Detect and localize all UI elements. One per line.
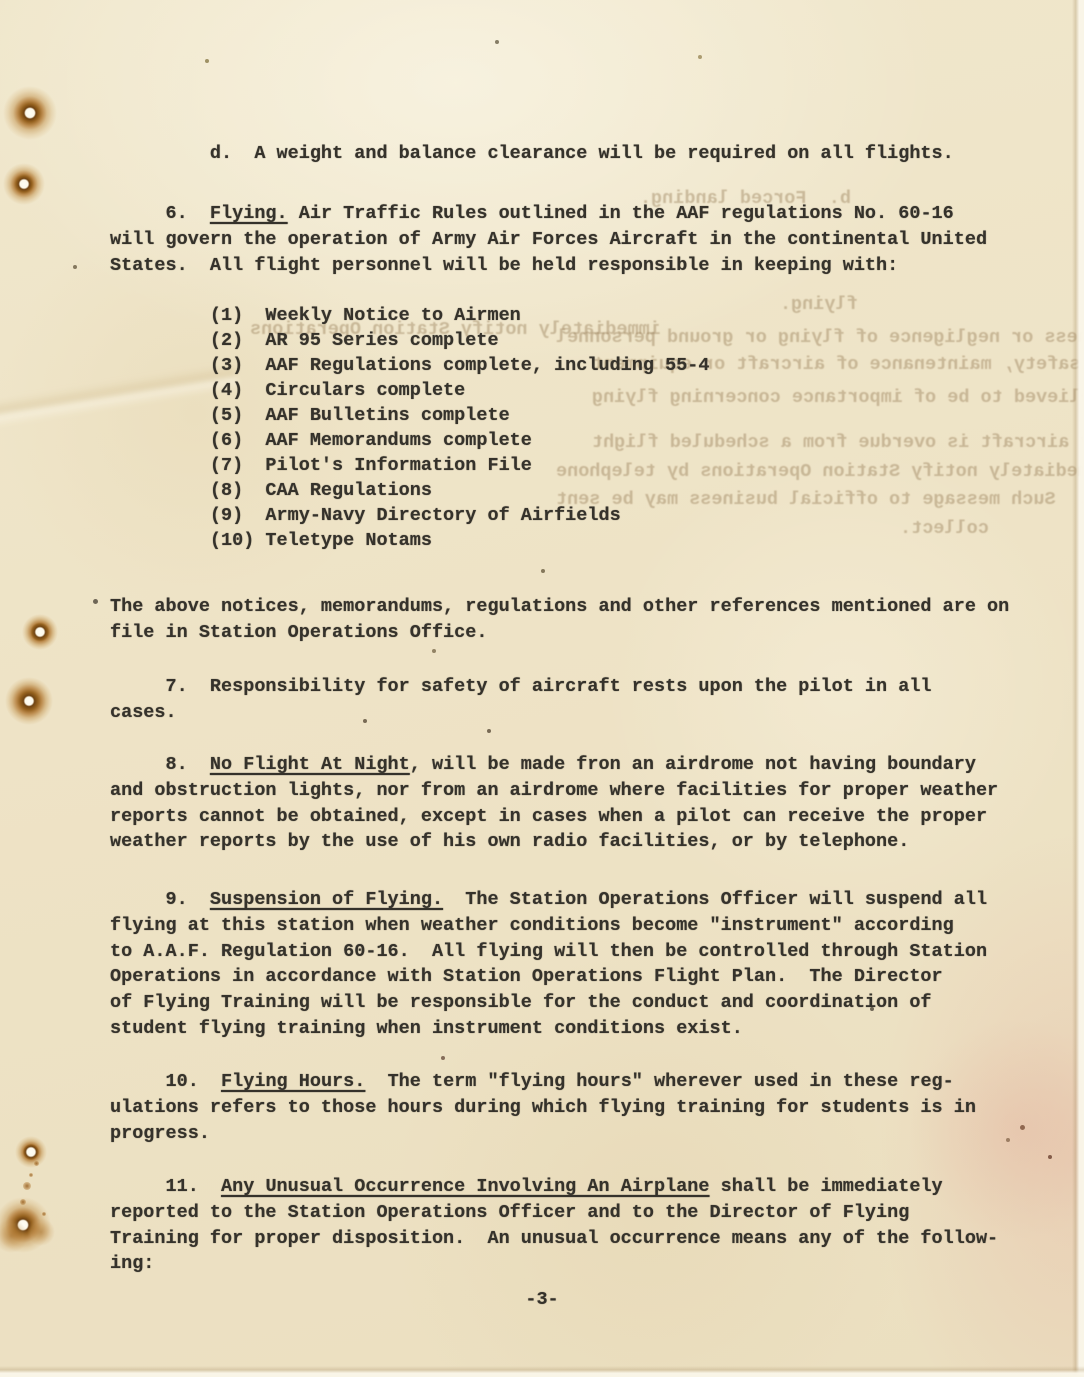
rust-speckle xyxy=(23,1182,31,1190)
text-run: The Station Operations Officer will susp… xyxy=(443,889,987,910)
underlined-text-run: Suspension of Flying. xyxy=(210,889,443,910)
text-run: reported to the Station Operations Offic… xyxy=(110,1202,909,1223)
text-line: (8) CAA Regulations xyxy=(110,478,710,503)
text-line: cases. xyxy=(110,700,932,726)
text-run: Air Traffic Rules outlined in the AAF re… xyxy=(288,203,954,224)
text-run: (3) AAF Regulations complete, including … xyxy=(110,355,710,376)
text-line: weather reports by the use of his own ra… xyxy=(110,829,998,855)
text-line: 11. Any Unusual Occurrence Involving An … xyxy=(110,1174,998,1200)
text-run: 10. xyxy=(110,1071,221,1092)
paper-right-edge xyxy=(1072,0,1084,1377)
underlined-text-run: No Flight At Night xyxy=(210,754,410,775)
text-run: to A.A.F. Regulation 60-16. All flying w… xyxy=(110,941,987,962)
text-run: States. All flight personnel will be hel… xyxy=(110,255,898,276)
text-line: 7. Responsibility for safety of aircraft… xyxy=(110,674,932,700)
text-line: will govern the operation of Army Air Fo… xyxy=(110,227,987,253)
paper-speck xyxy=(205,59,209,63)
rust-speckle xyxy=(20,1199,26,1205)
text-line: The above notices, memorandums, regulati… xyxy=(110,594,1009,620)
text-run: The term "flying hours" wherever used in… xyxy=(365,1071,953,1092)
paper-speck xyxy=(363,719,367,723)
text-line: (6) AAF Memorandums complete xyxy=(110,428,710,453)
binder-hole-rust-stain xyxy=(22,614,58,650)
rust-speckle xyxy=(29,1173,33,1177)
text-line: student flying training when instrument … xyxy=(110,1016,987,1042)
paragraph-item-9-suspension-of-flying: 9. Suspension of Flying. The Station Ope… xyxy=(110,887,987,1042)
text-line: and obstruction lights, nor from an aird… xyxy=(110,778,998,804)
underlined-text-run: Any Unusual Occurrence Involving An Airp… xyxy=(221,1176,709,1197)
text-run: Operations in accordance with Station Op… xyxy=(110,966,943,987)
page-number: -3- xyxy=(0,1287,1084,1313)
text-line: reported to the Station Operations Offic… xyxy=(110,1200,998,1226)
paragraph-item-8-no-flight-at-night: 8. No Flight At Night, will be made fron… xyxy=(110,752,998,855)
text-run: The above notices, memorandums, regulati… xyxy=(110,596,1009,617)
text-line: to A.A.F. Regulation 60-16. All flying w… xyxy=(110,939,987,965)
rust-speckle xyxy=(42,1212,46,1216)
text-run: weather reports by the use of his own ra… xyxy=(110,831,909,852)
text-run: (8) CAA Regulations xyxy=(110,480,432,501)
paragraph-item-10-flying-hours: 10. Flying Hours. The term "flying hours… xyxy=(110,1069,976,1146)
text-line: (1) Weekly Notice to Airmen xyxy=(110,303,710,328)
text-run: (6) AAF Memorandums complete xyxy=(110,430,532,451)
text-line: (10) Teletype Notams xyxy=(110,528,710,553)
paper-speck xyxy=(1048,1155,1052,1159)
scanned-document-page: b. Forced landing.flying.immediately not… xyxy=(0,0,1084,1377)
text-run: Training for proper disposition. An unus… xyxy=(110,1228,998,1249)
text-run: 11. xyxy=(110,1176,221,1197)
text-run: (1) Weekly Notice to Airmen xyxy=(110,305,521,326)
text-run: cases. xyxy=(110,702,177,723)
text-run: ing: xyxy=(110,1253,154,1274)
text-line: (2) AR 95 Series complete xyxy=(110,328,710,353)
text-run: flying at this station when weather cond… xyxy=(110,915,954,936)
text-run: 6. xyxy=(110,203,210,224)
paper-speck xyxy=(495,40,499,44)
text-line: 10. Flying Hours. The term "flying hours… xyxy=(110,1069,976,1095)
text-run: (4) Circulars complete xyxy=(110,380,465,401)
text-run: (7) Pilot's Information File xyxy=(110,455,532,476)
paper-speck xyxy=(93,599,98,604)
paper-bottom-edge xyxy=(0,1366,1084,1377)
paper-speck xyxy=(870,1007,874,1011)
text-run: progress. xyxy=(110,1123,210,1144)
paper-speck xyxy=(487,729,491,733)
paper-speck xyxy=(541,569,545,573)
paper-speck xyxy=(1006,1138,1010,1142)
text-run: (2) AR 95 Series complete xyxy=(110,330,499,351)
binder-hole-rust-stain xyxy=(3,163,45,205)
text-run: (9) Army-Navy Directory of Airfields xyxy=(110,505,621,526)
text-run: will govern the operation of Army Air Fo… xyxy=(110,229,987,250)
underlined-text-run: Flying. xyxy=(210,203,288,224)
rust-speckle xyxy=(34,1161,39,1166)
text-line: reports cannot be obtained, except in ca… xyxy=(110,804,998,830)
paper-speck xyxy=(1020,1125,1025,1130)
underlined-text-run: Flying Hours. xyxy=(221,1071,365,1092)
paragraph-item-11-unusual-occurrence: 11. Any Unusual Occurrence Involving An … xyxy=(110,1174,998,1277)
text-run: (5) AAF Bulletins complete xyxy=(110,405,510,426)
text-run: d. A weight and balance clearance will b… xyxy=(110,143,954,164)
text-run: (10) Teletype Notams xyxy=(110,530,432,551)
text-run: 7. Responsibility for safety of aircraft… xyxy=(110,676,932,697)
paragraph-item-6-flying: 6. Flying. Air Traffic Rules outlined in… xyxy=(110,201,987,278)
text-line: 6. Flying. Air Traffic Rules outlined in… xyxy=(110,201,987,227)
text-line: ing: xyxy=(110,1251,998,1277)
text-line: Training for proper disposition. An unus… xyxy=(110,1226,998,1252)
paper-speck xyxy=(432,649,436,653)
text-line: progress. xyxy=(110,1121,976,1147)
text-line: of Flying Training will be responsible f… xyxy=(110,990,987,1016)
paper-speck xyxy=(441,1056,445,1060)
text-line: 9. Suspension of Flying. The Station Ope… xyxy=(110,887,987,913)
text-line: (9) Army-Navy Directory of Airfields xyxy=(110,503,710,528)
text-line: (5) AAF Bulletins complete xyxy=(110,403,710,428)
binder-hole-rust-stain xyxy=(3,86,57,140)
paragraph-reference-list: (1) Weekly Notice to Airmen (2) AR 95 Se… xyxy=(110,303,710,553)
text-line: (7) Pilot's Information File xyxy=(110,453,710,478)
text-line: file in Station Operations Office. xyxy=(110,620,1009,646)
text-line: (4) Circulars complete xyxy=(110,378,710,403)
text-run: shall be immediately xyxy=(710,1176,943,1197)
text-run: 9. xyxy=(110,889,210,910)
text-line: Operations in accordance with Station Op… xyxy=(110,964,987,990)
paragraph-notices-on-file: The above notices, memorandums, regulati… xyxy=(110,594,1009,646)
text-run: ulations refers to those hours during wh… xyxy=(110,1097,976,1118)
text-line: States. All flight personnel will be hel… xyxy=(110,253,987,279)
paragraph-item-7-responsibility: 7. Responsibility for safety of aircraft… xyxy=(110,674,932,726)
binder-hole-rust-stain xyxy=(15,1136,47,1168)
text-run: of Flying Training will be responsible f… xyxy=(110,992,932,1013)
text-run: 8. xyxy=(110,754,210,775)
typewritten-text-layer: d. A weight and balance clearance will b… xyxy=(0,0,1084,1377)
text-line: ulations refers to those hours during wh… xyxy=(110,1095,976,1121)
paper-speck xyxy=(73,265,77,269)
text-line: flying at this station when weather cond… xyxy=(110,913,987,939)
text-line: 8. No Flight At Night, will be made fron… xyxy=(110,752,998,778)
text-line: d. A weight and balance clearance will b… xyxy=(110,141,954,167)
text-run: and obstruction lights, nor from an aird… xyxy=(110,780,998,801)
binder-hole-rust-stain xyxy=(5,677,53,725)
text-run: reports cannot be obtained, except in ca… xyxy=(110,806,987,827)
text-run: student flying training when instrument … xyxy=(110,1018,743,1039)
text-line: (3) AAF Regulations complete, including … xyxy=(110,353,710,378)
paragraph-clause-d: d. A weight and balance clearance will b… xyxy=(110,141,954,167)
paper-speck xyxy=(698,55,702,59)
text-run: , will be made fron an airdrome not havi… xyxy=(410,754,976,775)
rust-stain xyxy=(27,1218,55,1246)
text-run: file in Station Operations Office. xyxy=(110,622,487,643)
